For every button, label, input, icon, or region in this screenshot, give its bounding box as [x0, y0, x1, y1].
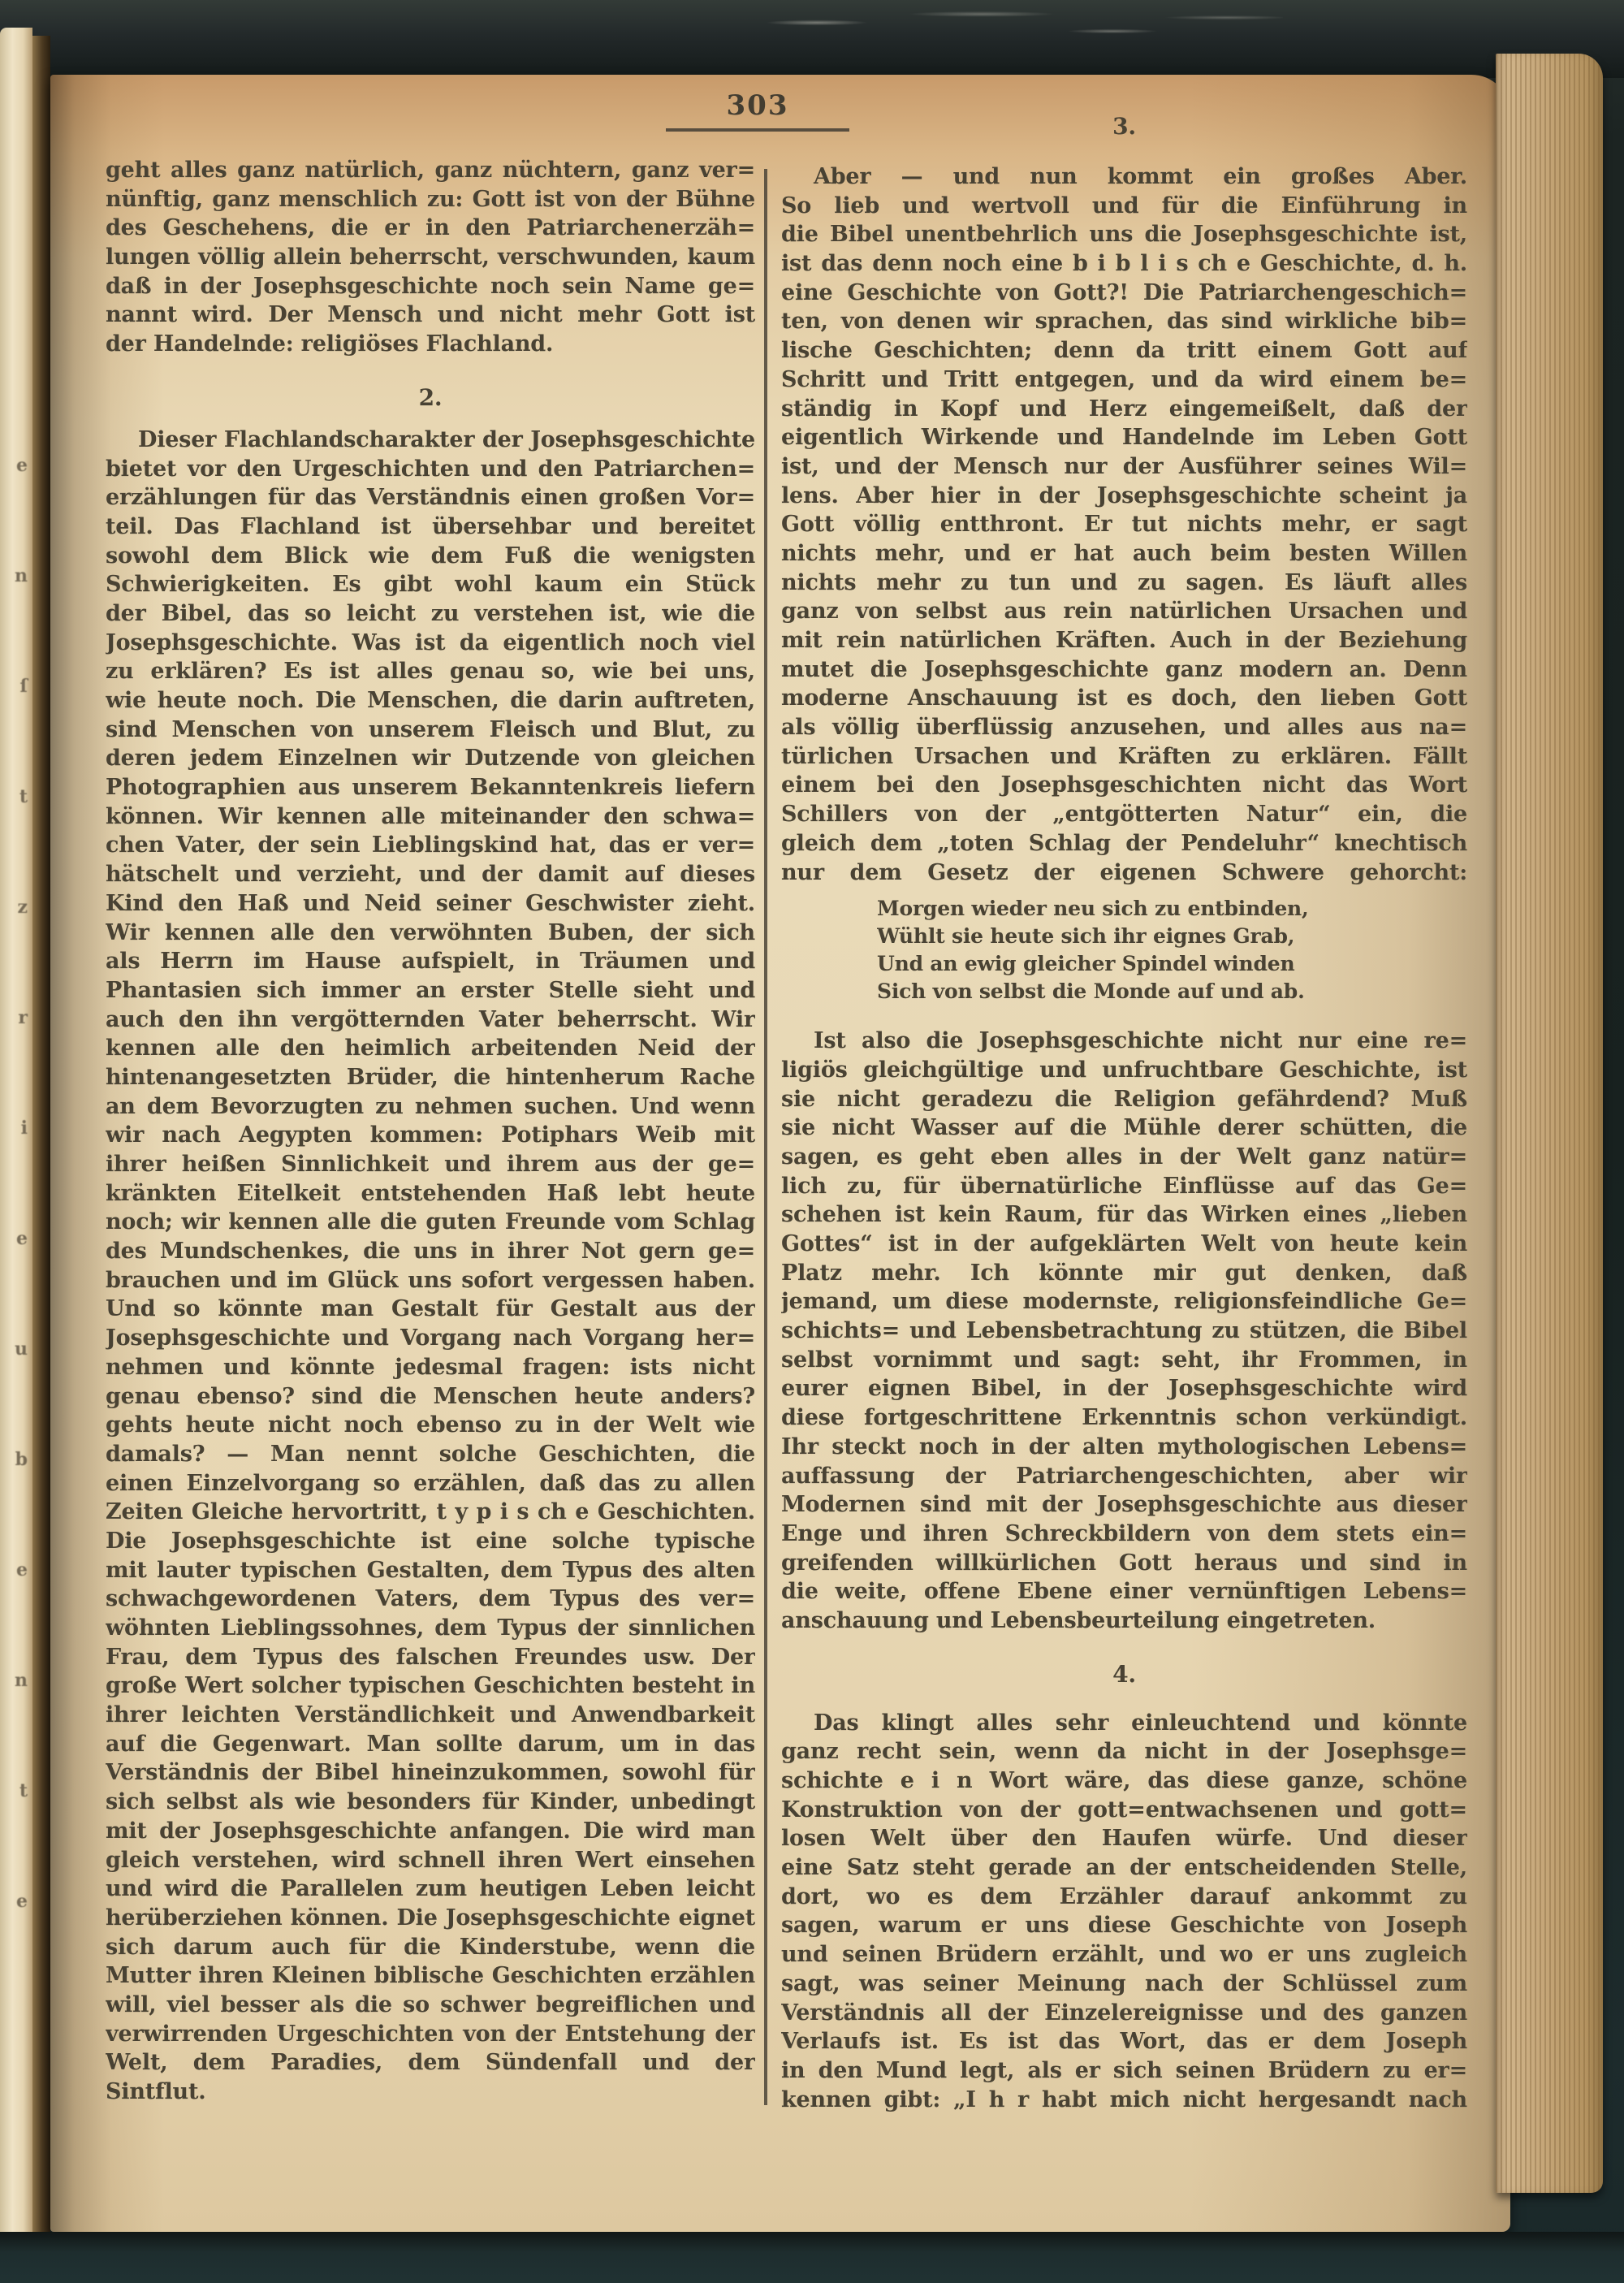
text-line: einen Einzelvorgang so erzählen, daß das…	[106, 1469, 755, 1498]
text-fragment: z	[18, 897, 28, 916]
text-line: moderne Anschauung ist es doch, den lieb…	[781, 684, 1467, 713]
text-line: herüberziehen können. Die Josephsgeschic…	[106, 1904, 755, 1933]
left-text-column: geht alles ganz natürlich, ganz nüchtern…	[106, 156, 755, 2107]
text-line: Schwierigkeiten. Es gibt wohl kaum ein S…	[106, 570, 755, 599]
text-line: selbst vornimmt und sagt: seht, ihr From…	[781, 1346, 1467, 1375]
text-line: noch; wir kennen alle die guten Freunde …	[106, 1208, 755, 1237]
text-line: sind Menschen von unserem Fleisch und Bl…	[106, 716, 755, 745]
text-line: sich selbst als wie besonders für Kinder…	[106, 1788, 755, 1817]
text-line: Konstruktion von der gott=entwachsenen u…	[781, 1796, 1467, 1825]
text-line: gleich verstehen, wird schnell ihren Wer…	[106, 1846, 755, 1875]
text-line: auffassung der Patriarchengeschichten, a…	[781, 1462, 1467, 1491]
text-line: nur dem Gesetz der eigenen Schwere gehor…	[781, 858, 1467, 888]
text-line: hätschelt und verzieht, und der damit au…	[106, 860, 755, 889]
text-fragment: n	[15, 1670, 28, 1689]
text-line: Schritt und Tritt entgegen, und da wird …	[781, 365, 1467, 395]
text-line: nichts mehr, und er hat auch beim besten…	[781, 539, 1467, 569]
text-line: diese fortgeschrittene Erkenntnis schon …	[781, 1403, 1467, 1433]
text-line: anschauung und Lebensbeurteilung eingetr…	[781, 1606, 1467, 1636]
text-line: kennen alle den heimlich arbeitenden Nei…	[106, 1034, 755, 1063]
text-line: Photographien aus unserem Bekanntenkreis…	[106, 773, 755, 802]
text-line: ständig in Kopf und Herz eingemeißelt, d…	[781, 395, 1467, 424]
text-line: der Handelnde: religiöses Flachland.	[106, 330, 755, 359]
text-line: kennen gibt: „I h r habt mich nicht herg…	[781, 2086, 1467, 2115]
text-line: Schillers von der „entgötterten Natur“ e…	[781, 800, 1467, 829]
text-line: als Herrn im Hause aufspielt, in Träumen…	[106, 947, 755, 976]
text-line: sie nicht geradezu die Religion gefährde…	[781, 1085, 1467, 1114]
text-line: können. Wir kennen alle miteinander den …	[106, 802, 755, 832]
text-fragment: t	[19, 786, 28, 806]
text-line: wie heute noch. Die Menschen, die darin …	[106, 686, 755, 716]
schiller-verse-quote: Morgen wieder neu sich zu entbinden,Wühl…	[877, 895, 1467, 1005]
text-line: ganz von selbst aus rein natürlichen Urs…	[781, 597, 1467, 626]
text-line: Aber — und nun kommt ein großes Aber.	[781, 162, 1467, 192]
text-line: die Bibel unentbehrlich uns die Josephsg…	[781, 220, 1467, 249]
text-fragment: i	[21, 1118, 28, 1137]
text-line: greifenden willkürlichen Gott heraus und…	[781, 1549, 1467, 1578]
text-line: Mutter ihren Kleinen biblische Geschicht…	[106, 1961, 755, 1991]
text-line: Platz mehr. Ich könnte mir gut denken, d…	[781, 1259, 1467, 1288]
verse-line: Und an ewig gleicher Spindel winden	[877, 950, 1467, 978]
text-line: und wird die Parallelen zum heutigen Leb…	[106, 1874, 755, 1904]
text-line: auch den ihn vergötternden Vater beherrs…	[106, 1005, 755, 1035]
text-line: sowohl dem Blick wie dem Fuß die wenigst…	[106, 542, 755, 571]
text-line: des Mundschenkes, die uns in ihrer Not g…	[106, 1237, 755, 1266]
text-line: Ist also die Josephsgeschichte nicht nur…	[781, 1027, 1467, 1056]
text-line: teil. Das Flachland ist übersehbar und b…	[106, 512, 755, 542]
text-line: mit der Josephsgeschichte anfangen. Die …	[106, 1817, 755, 1846]
verse-line: Wühlt sie heute sich ihr eignes Grab,	[877, 923, 1467, 950]
text-line: eine Satz steht gerade an der entscheide…	[781, 1853, 1467, 1883]
section-2-heading: 2.	[106, 383, 755, 413]
text-line: lungen völlig allein beherrscht, verschw…	[106, 243, 755, 272]
fore-edge-page-stack	[1496, 54, 1603, 2193]
text-line: eine Geschichte von Gott?! Die Patriarch…	[781, 279, 1467, 308]
paragraph-section-3-after-verse: Ist also die Josephsgeschichte nicht nur…	[781, 1027, 1467, 1635]
text-fragment: u	[15, 1338, 28, 1358]
text-line: Die Josephsgeschichte ist eine solche ty…	[106, 1527, 755, 1556]
text-line: mit rein natürlichen Kräften. Auch in de…	[781, 626, 1467, 655]
text-line: ganz recht sein, wenn da nicht in der Jo…	[781, 1737, 1467, 1766]
text-line: kränkten Eitelkeit entstehenden Haß lebt…	[106, 1179, 755, 1209]
text-line: hintenangesetzten Brüder, die hintenheru…	[106, 1063, 755, 1092]
text-line: verwirrenden Urgeschichten von der Entst…	[106, 2020, 755, 2049]
text-line: sie nicht Wasser auf die Mühle derer sch…	[781, 1113, 1467, 1143]
text-line: Enge und ihren Schreckbildern von dem st…	[781, 1520, 1467, 1549]
text-line: ist, und der Mensch nur der Ausführer se…	[781, 452, 1467, 482]
text-line: daß in der Josephsgeschichte noch sein N…	[106, 272, 755, 301]
text-line: Dieser Flachlandscharakter der Josephsge…	[106, 426, 755, 455]
text-line: nannt wird. Der Mensch und nicht mehr Go…	[106, 301, 755, 330]
column-divider-rule	[764, 169, 767, 2105]
text-line: eigentlich Wirkende und Handelnde im Leb…	[781, 423, 1467, 452]
text-line: ten, von denen wir sprachen, das sind wi…	[781, 307, 1467, 336]
text-line: lens. Aber hier in der Josephsgeschichte…	[781, 482, 1467, 511]
verse-line: Morgen wieder neu sich zu entbinden,	[877, 895, 1467, 923]
text-line: will, viel besser als die so schwer begr…	[106, 1991, 755, 2020]
text-line: Zeiten Gleiche hervortritt, t y p i s ch…	[106, 1498, 755, 1527]
text-line: Verlaufs ist. Es ist das Wort, das er de…	[781, 2027, 1467, 2056]
text-line: in den Mund legt, als er sich seinen Brü…	[781, 2056, 1467, 2086]
text-line: gehts heute nicht noch ebenso zu in der …	[106, 1411, 755, 1440]
paragraph-continued-from-previous-page: geht alles ganz natürlich, ganz nüchtern…	[106, 156, 755, 359]
text-line: des Geschehens, die er in den Patriarche…	[106, 214, 755, 243]
text-line: schichte e i n Wort wäre, das diese ganz…	[781, 1766, 1467, 1796]
text-line: Phantasien sich immer an erster Stelle s…	[106, 976, 755, 1005]
text-line: ihrer heißen Sinnlichkeit und ihrem aus …	[106, 1150, 755, 1179]
verse-line: Sich von selbst die Monde auf und ab.	[877, 978, 1467, 1005]
section-3-heading: 3.	[781, 112, 1467, 141]
text-line: und seinen Brüdern erzählt, und wo er un…	[781, 1940, 1467, 1970]
text-line: Das klingt alles sehr einleuchtend und k…	[781, 1709, 1467, 1738]
text-fragment: t	[19, 1780, 28, 1800]
text-line: Sintflut.	[106, 2078, 755, 2107]
text-fragment: n	[15, 565, 28, 585]
text-line: die weite, offene Ebene einer vernünftig…	[781, 1577, 1467, 1606]
text-line: wöhnten Lieblingssohnes, dem Typus der s…	[106, 1614, 755, 1643]
text-line: Josephsgeschichte und Vorgang nach Vorga…	[106, 1324, 755, 1353]
text-line: So lieb und wertvoll und für die Einführ…	[781, 192, 1467, 221]
text-line: Verständnis der Bibel hineinzukommen, so…	[106, 1758, 755, 1788]
text-line: als völlig überflüssig anzusehen, und al…	[781, 713, 1467, 742]
text-fragment: e	[16, 1891, 28, 1910]
text-line: bietet vor den Urgeschichten und den Pat…	[106, 455, 755, 484]
paragraph-section-2: Dieser Flachlandscharakter der Josephsge…	[106, 426, 755, 2107]
book-scan: { "page_number": "303", "left_column": {…	[0, 0, 1624, 2283]
text-line: jemand, um diese modernste, religionsfei…	[781, 1287, 1467, 1317]
text-line: schichts= und Lebensbetrachtung zu stütz…	[781, 1317, 1467, 1346]
text-line: der Bibel, das so leicht zu verstehen is…	[106, 599, 755, 629]
text-fragment: b	[15, 1449, 28, 1468]
text-line: nehmen und könnte jedesmal fragen: ists …	[106, 1353, 755, 1382]
text-line: sagen, es geht eben alles in der Welt ga…	[781, 1143, 1467, 1172]
text-line: schehen ist kein Raum, für das Wirken ei…	[781, 1200, 1467, 1230]
text-line: ligiös gleichgültige und unfruchtbare Ge…	[781, 1056, 1467, 1085]
text-line: nünftig, ganz menschlich zu: Gott ist vo…	[106, 185, 755, 214]
text-line: große Wert solcher typischen Geschichten…	[106, 1671, 755, 1701]
text-line: mit lauter typischen Gestalten, dem Typu…	[106, 1556, 755, 1585]
text-line: nichts mehr zu tun und zu sagen. Es läuf…	[781, 569, 1467, 598]
text-line: dort, wo es dem Erzähler darauf ankommt …	[781, 1883, 1467, 1912]
text-line: sich darum auch für die Kinderstube, wen…	[106, 1933, 755, 1962]
text-line: Ihr steckt noch in der alten mythologisc…	[781, 1433, 1467, 1462]
text-fragment: ſ	[20, 676, 28, 695]
text-fragment: e	[16, 1228, 28, 1247]
marbled-cover-texture	[715, 0, 1283, 50]
right-text-column: 3. Aber — und nun kommt ein großes Aber.…	[781, 112, 1467, 2114]
text-line: Welt, dem Paradies, dem Sündenfall und d…	[106, 2048, 755, 2078]
text-fragment: e	[16, 1559, 28, 1579]
text-line: brauchen und im Glück uns sofort vergess…	[106, 1266, 755, 1295]
gutter-crease-shadow	[32, 36, 50, 2253]
text-line: Gott völlig entthront. Er tut nichts meh…	[781, 510, 1467, 539]
section-4-heading: 4.	[781, 1660, 1467, 1689]
text-line: Wir kennen alle den verwöhnten Buben, de…	[106, 919, 755, 948]
text-line: Frau, dem Typus des falschen Freundes us…	[106, 1643, 755, 1672]
text-line: losen Welt über den Haufen würfe. Und di…	[781, 1824, 1467, 1853]
paragraph-section-4: Das klingt alles sehr einleuchtend und k…	[781, 1709, 1467, 2115]
text-line: Und so könnte man Gestalt für Gestalt au…	[106, 1295, 755, 1324]
text-line: geht alles ganz natürlich, ganz nüchtern…	[106, 156, 755, 185]
text-line: genau ebenso? sind die Menschen heute an…	[106, 1382, 755, 1412]
text-line: chen Vater, der sein Lieblingskind hat, …	[106, 831, 755, 860]
text-line: deren jedem Einzelnen wir Dutzende von g…	[106, 744, 755, 773]
book-cover-bottom	[0, 2232, 1624, 2283]
previous-page-text-fragments: enſtzrieubente	[0, 455, 28, 1910]
text-line: an dem Bevorzugten zu nehmen suchen. Und…	[106, 1092, 755, 1122]
text-line: damals? — Man nennt solche Geschichten, …	[106, 1440, 755, 1469]
text-line: lich zu, für übernatürliche Einflüsse au…	[781, 1172, 1467, 1201]
text-line: eurer eignen Bibel, in der Josephsgeschi…	[781, 1374, 1467, 1403]
text-line: erzählungen für das Verständnis einen gr…	[106, 483, 755, 512]
text-line: Verständnis all der Einzelereignisse und…	[781, 1999, 1467, 2028]
text-line: sagt, was seiner Meinung nach der Schlüs…	[781, 1970, 1467, 1999]
text-line: lische Geschichten; denn da tritt einem …	[781, 336, 1467, 365]
text-fragment: e	[16, 455, 28, 474]
text-fragment: r	[18, 1007, 28, 1027]
text-line: Josephsgeschichte. Was ist da eigentlich…	[106, 629, 755, 658]
text-line: gleich dem „toten Schlag der Pendeluhr“ …	[781, 829, 1467, 858]
text-line: zu erklären? Es ist alles genau so, wie …	[106, 657, 755, 686]
text-line: mutet die Josephsgeschichte ganz modern …	[781, 655, 1467, 685]
text-line: wir nach Aegypten kommen: Potiphars Weib…	[106, 1121, 755, 1150]
text-line: Gottes“ ist in der aufgeklärten Welt von…	[781, 1230, 1467, 1259]
text-line: Modernen sind mit der Josephsgeschichte …	[781, 1490, 1467, 1520]
book-cover-top	[0, 0, 1624, 78]
text-line: türlichen Ursachen und Kräften zu erklär…	[781, 742, 1467, 772]
text-line: sagen, warum er uns diese Geschichte von…	[781, 1911, 1467, 1940]
text-line: ist das denn noch eine b i b l i s ch e …	[781, 249, 1467, 279]
text-line: schwachgewordenen Vaters, dem Typus des …	[106, 1585, 755, 1614]
text-line: Kind den Haß und Neid seiner Geschwister…	[106, 889, 755, 919]
text-line: ihrer leichten Verständlichkeit und Anwe…	[106, 1701, 755, 1730]
text-line: einem bei den Josephsgeschichten nicht d…	[781, 771, 1467, 800]
text-line: auf die Gegenwart. Man sollte darum, um …	[106, 1730, 755, 1759]
paragraph-section-3: Aber — und nun kommt ein großes Aber.So …	[781, 162, 1467, 887]
